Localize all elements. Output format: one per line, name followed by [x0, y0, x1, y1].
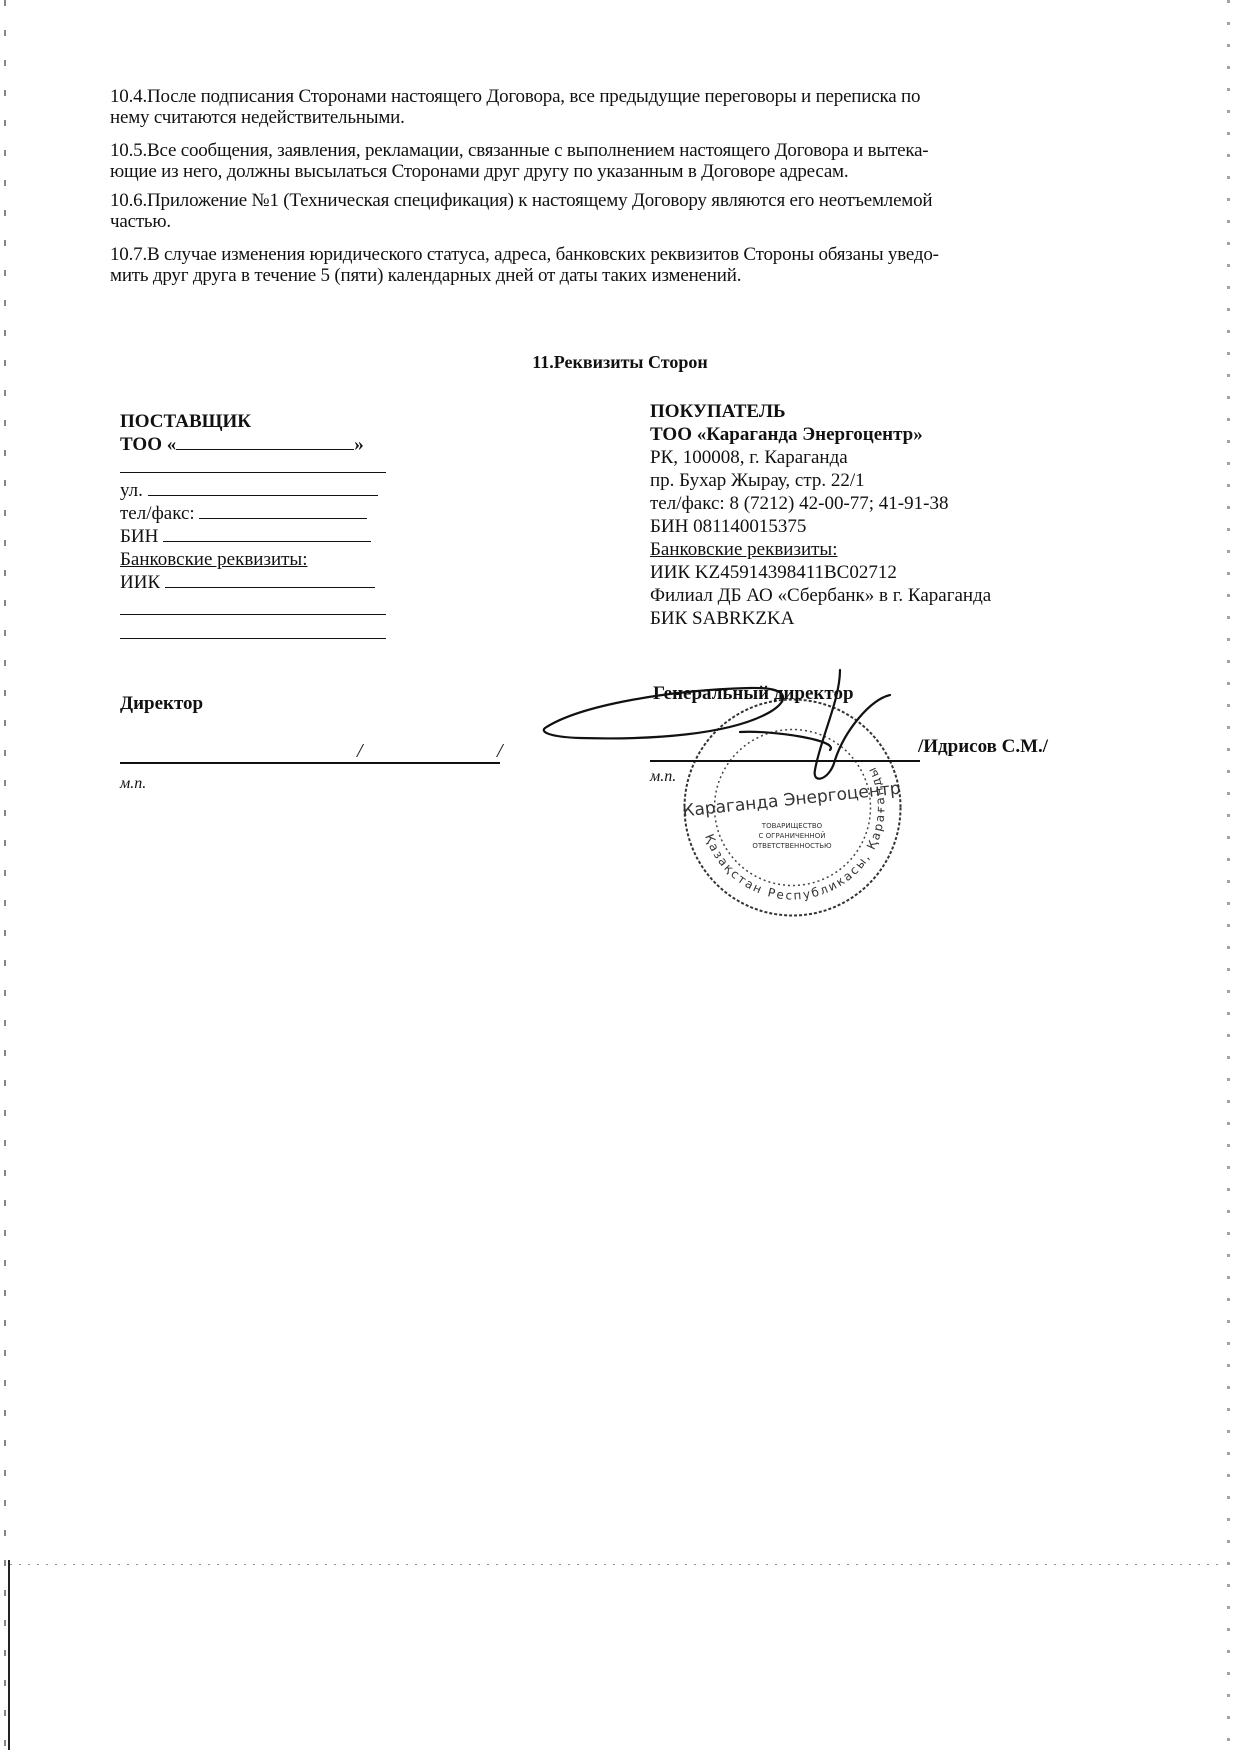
scan-edge-artifact-left-bottom: [8, 1560, 10, 1750]
buyer-org: ТОО «Караганда Энергоцентр»: [650, 423, 1070, 446]
buyer-phone: тел/факс: 8 (7212) 42-00-77; 41-91-38: [650, 492, 1070, 515]
buyer-role: ПОКУПАТЕЛЬ: [650, 400, 1070, 423]
seller-blank-rule: [120, 624, 386, 639]
clause-line: 10.7.В случае изменения юридического ста…: [110, 244, 1110, 265]
buyer-address-1: РК, 100008, г. Караганда: [650, 446, 1070, 469]
buyer-signer-name: /Идрисов С.М./: [918, 736, 1048, 758]
buyer-address-2: пр. Бухар Жырау, стр. 22/1: [650, 469, 1070, 492]
seller-blank-line: [120, 456, 400, 479]
buyer-bank-label: Банковские реквизиты:: [650, 538, 1070, 561]
clause-line: частью.: [110, 211, 1110, 232]
seller-org-suffix: »: [354, 434, 364, 455]
seller-signer-title: Директор: [120, 693, 203, 715]
seller-role: ПОСТАВЩИК: [120, 410, 400, 433]
seller-org-blank: [176, 435, 354, 450]
clause-10-5: 10.5.Все сообщения, заявления, рекламаци…: [110, 140, 1110, 182]
seller-iik-label: ИИК: [120, 572, 160, 593]
seller-org: ТОО «»: [120, 433, 400, 456]
seller-blank-line: [120, 594, 400, 622]
scan-fold-line: [10, 1564, 1220, 1565]
clause-line: мить друг друга в течение 5 (пяти) кален…: [110, 265, 1110, 286]
seller-phone-blank: [199, 504, 367, 519]
seller-street-blank: [148, 481, 378, 496]
clause-line: нему считаются недействительными.: [110, 107, 1110, 128]
handwritten-signature-icon: [540, 660, 920, 810]
seller-blank-line: [120, 622, 400, 644]
clause-10-4: 10.4.После подписания Сторонами настояще…: [110, 86, 1110, 128]
buyer-bank-name: Филиал ДБ АО «Сбербанк» в г. Караганда: [650, 584, 1070, 607]
seller-iik-blank: [165, 573, 375, 588]
buyer-details: ПОКУПАТЕЛЬ ТОО «Караганда Энергоцентр» Р…: [650, 400, 1070, 630]
seller-bin-label: БИН: [120, 526, 158, 547]
signature-slash: /: [497, 740, 503, 763]
clause-10-7: 10.7.В случае изменения юридического ста…: [110, 244, 1110, 286]
seller-bin-blank: [163, 527, 371, 542]
seller-seal-label: м.п.: [120, 775, 146, 793]
svg-text:ТОВАРИЩЕСТВО: ТОВАРИЩЕСТВО: [761, 822, 823, 830]
seller-phone-label: тел/факс:: [120, 503, 195, 524]
clause-line: 10.6.Приложение №1 (Техническая специфик…: [110, 190, 1110, 211]
seller-street-label: ул.: [120, 480, 143, 501]
seller-org-prefix: ТОО «: [120, 434, 176, 455]
clause-line: 10.5.Все сообщения, заявления, рекламаци…: [110, 140, 1110, 161]
seller-phone: тел/факс:: [120, 502, 400, 525]
svg-text:ОТВЕТСТВЕННОСТЬЮ: ОТВЕТСТВЕННОСТЬЮ: [752, 842, 832, 850]
signature-slash: /: [357, 740, 363, 763]
seller-signature-line: [120, 762, 500, 764]
buyer-bik: БИК SABRKZKA: [650, 607, 1070, 630]
seller-street: ул.: [120, 479, 400, 502]
scan-edge-artifact-right: [1227, 0, 1230, 1754]
section-title: 11.Реквизиты Сторон: [0, 352, 1240, 373]
seller-blank-rule: [120, 458, 386, 473]
seller-details: ПОСТАВЩИК ТОО «» ул. тел/факс: БИН Банко…: [120, 410, 400, 644]
clause-line: ющие из него, должны высылаться Сторонам…: [110, 161, 1110, 182]
svg-text:С ОГРАНИЧЕННОЙ: С ОГРАНИЧЕННОЙ: [759, 831, 826, 840]
scan-edge-artifact-left: [4, 0, 6, 1754]
buyer-iik: ИИК KZ45914398411BC02712: [650, 561, 1070, 584]
clause-10-6: 10.6.Приложение №1 (Техническая специфик…: [110, 190, 1110, 232]
buyer-bin: БИН 081140015375: [650, 515, 1070, 538]
seller-bank-label: Банковские реквизиты:: [120, 548, 400, 571]
clause-line: 10.4.После подписания Сторонами настояще…: [110, 86, 1110, 107]
seller-blank-rule: [120, 600, 386, 615]
seller-bin: БИН: [120, 525, 400, 548]
seller-iik: ИИК: [120, 571, 400, 594]
